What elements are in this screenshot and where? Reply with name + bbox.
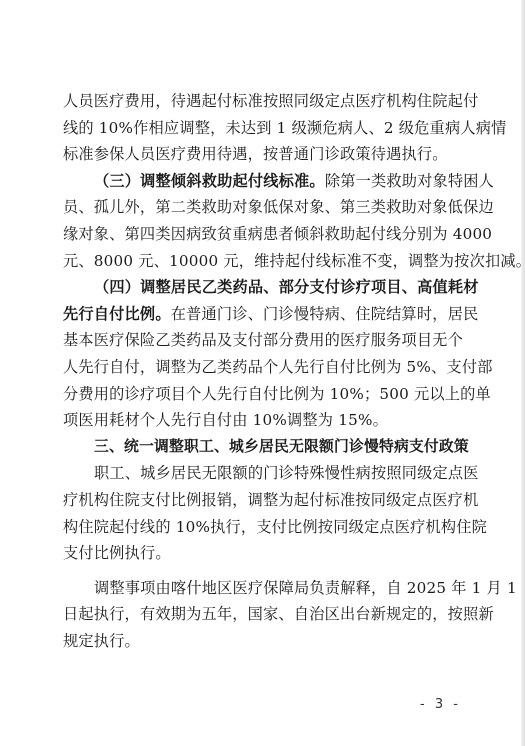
text-line: 先行自付比例。在普通门诊、门诊慢特病、住院结算时，居民 — [63, 301, 456, 328]
section-4-title-cont: 先行自付比例。 — [63, 305, 171, 323]
page-edge-shadow — [521, 0, 525, 746]
text-line: 人先行自付，调整为乙类药品个人先行自付比例为 5%、支付部 — [63, 354, 456, 381]
text-line: 职工、城乡居民无限额的门诊特殊慢性病按照同级定点医 — [63, 460, 456, 487]
text-line: 支付比例执行。 — [63, 540, 456, 567]
text-line: 缘对象、第四类因病致贫重病患者倾斜救助起付线分别为 4000 — [63, 221, 456, 248]
section-3-text: 除第一类救助对象特困人 — [325, 172, 494, 190]
paragraph-section-3: （三）调整倾斜救助起付线标准。除第一类救助对象特困人 员、孤儿外，第二类救助对象… — [63, 168, 456, 274]
text-line: 调整事项由喀什地区医疗保障局负责解释，自 2025 年 1 月 1 — [63, 575, 456, 602]
text-line: 基本医疗保险乙类药品及支付部分费用的医疗服务项目无个 — [63, 327, 456, 354]
text-line: 疗机构住院支付比例报销，调整为起付标准按同级定点医疗机 — [63, 487, 456, 514]
section-4-text: 在普通门诊、门诊慢特病、住院结算时，居民 — [171, 305, 479, 323]
text-line: 人员医疗费用，待遇起付标准按照同级定点医疗机构住院起付 — [63, 88, 456, 115]
text-line: 线的 10%作相应调整，未达到 1 级濒危病人、2 级危重病人病情 — [63, 115, 456, 142]
text-line: 标准参保人员医疗费用待遇，按普通门诊政策待遇执行。 — [63, 141, 456, 168]
section-4-title: （四）调整居民乙类药品、部分支付诊疗项目、高值耗材 — [63, 274, 456, 301]
text-line: 分费用的诊疗项目个人先行自付比例为 10%；500 元以上的单 — [63, 381, 456, 408]
text-line: 日起执行，有效期为五年，国家、自治区出台新规定的，按照新 — [63, 601, 456, 628]
text-line: 项医用耗材个人先行自付由 10%调整为 15%。 — [63, 407, 456, 434]
text-line: 元、8000 元、10000 元，维持起付线标准不变，调整为按次扣减。 — [63, 248, 456, 275]
document-page: 人员医疗费用，待遇起付标准按照同级定点医疗机构住院起付 线的 10%作相应调整，… — [63, 88, 456, 654]
section-heading: 三、统一调整职工、城乡居民无限额门诊慢特病支付政策 — [63, 434, 456, 461]
text-line: 规定执行。 — [63, 628, 456, 655]
paragraph-policy-3: 职工、城乡居民无限额的门诊特殊慢性病按照同级定点医 疗机构住院支付比例报销，调整… — [63, 460, 456, 566]
paragraph-section-4: （四）调整居民乙类药品、部分支付诊疗项目、高值耗材 先行自付比例。在普通门诊、门… — [63, 274, 456, 434]
text-line: 员、孤儿外，第二类救助对象低保对象、第三类救助对象低保边 — [63, 194, 456, 221]
paragraph-continued: 人员医疗费用，待遇起付标准按照同级定点医疗机构住院起付 线的 10%作相应调整，… — [63, 88, 456, 168]
page-number: - 3 - — [420, 697, 461, 712]
text-line: 构住院起付线的 10%执行，支付比例按同级定点医疗机构住院 — [63, 514, 456, 541]
section-3-title: （三）调整倾斜救助起付线标准。 — [94, 172, 325, 190]
paragraph-closing: 调整事项由喀什地区医疗保障局负责解释，自 2025 年 1 月 1 日起执行，有… — [63, 575, 456, 655]
text-line: （三）调整倾斜救助起付线标准。除第一类救助对象特困人 — [63, 168, 456, 195]
